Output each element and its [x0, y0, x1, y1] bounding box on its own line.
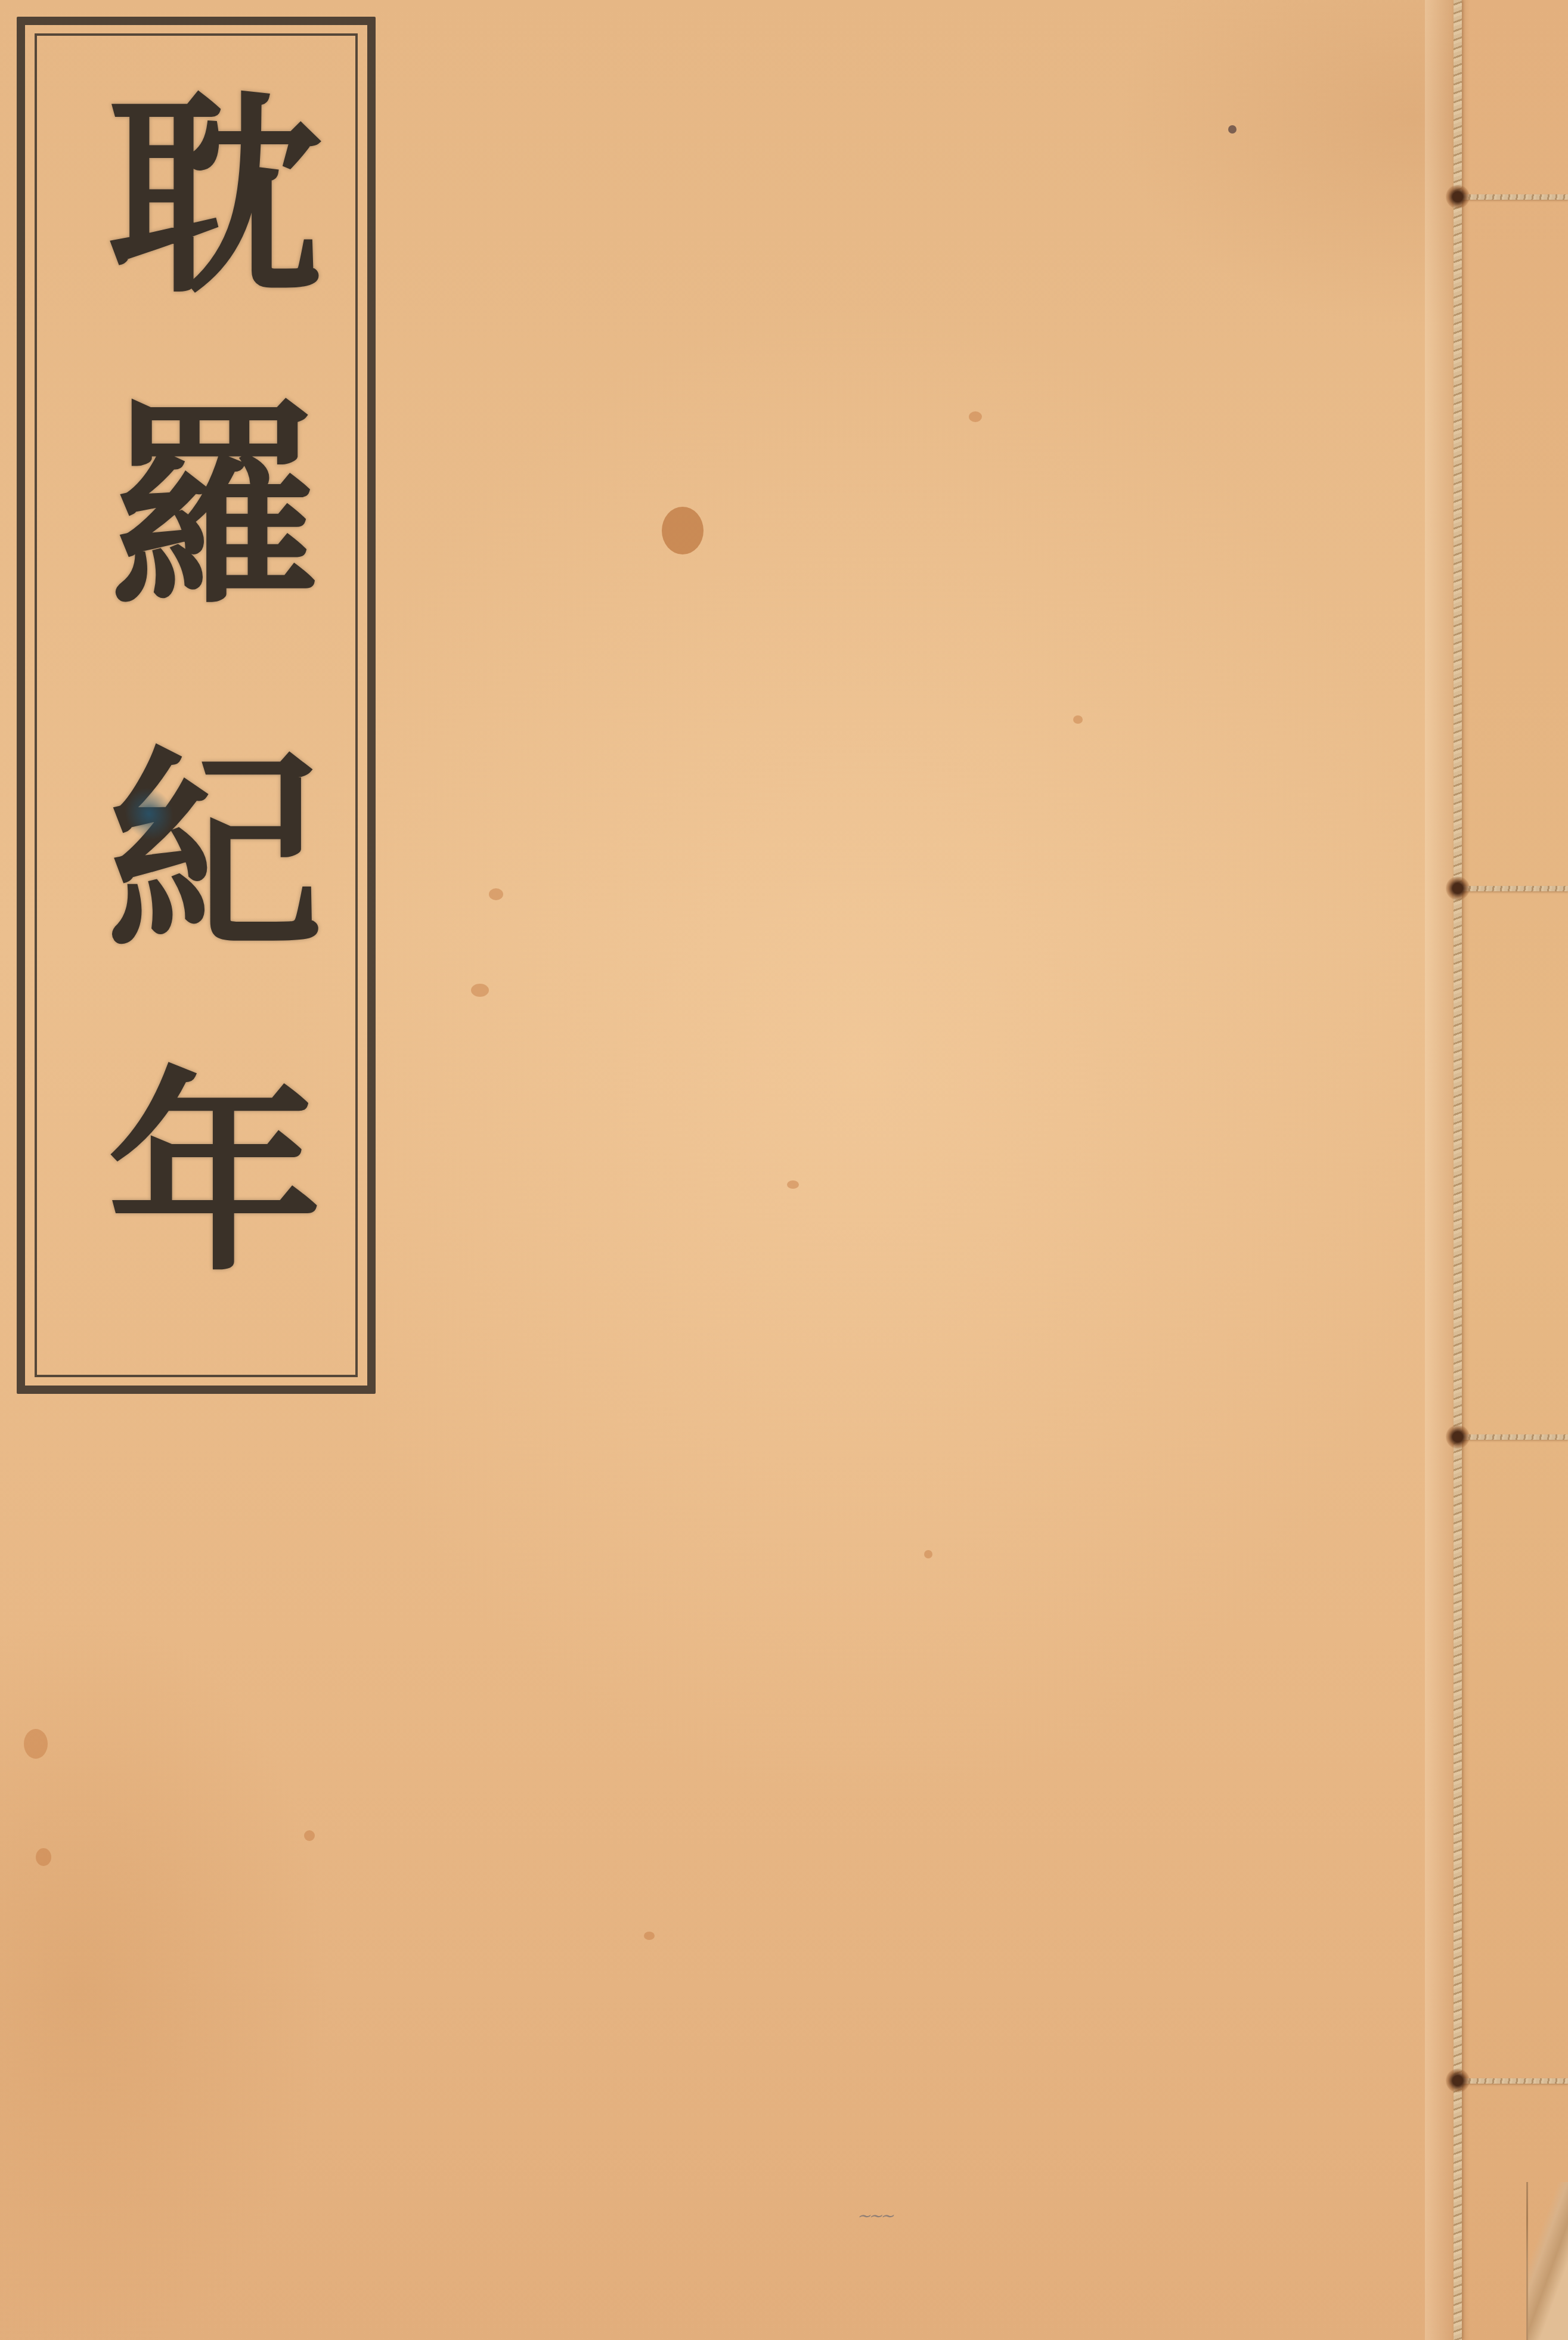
foxing-stain — [924, 1550, 932, 1558]
foxing-stain — [1228, 125, 1237, 134]
foxing-stain — [24, 1729, 48, 1759]
spine-fold — [1425, 0, 1458, 2340]
title-char-4: 年 — [89, 1049, 340, 1300]
title-char-1: 耽 — [89, 72, 340, 322]
pencil-mark: ~~~ — [856, 2206, 969, 2224]
foxing-stain — [644, 1932, 655, 1940]
binding-knot — [1446, 185, 1470, 209]
foxing-stain — [1073, 715, 1083, 724]
foxing-stain — [662, 507, 704, 554]
binding-thread-horizontal — [1458, 1434, 1568, 1440]
foxing-stain — [304, 1830, 315, 1841]
title-char-2: 羅 — [89, 382, 340, 632]
foxing-stain — [787, 1180, 799, 1189]
binding-knot — [1446, 2069, 1470, 2093]
binding-knot — [1446, 876, 1470, 900]
title-char-3: 紀 — [89, 727, 340, 978]
foxing-stain — [471, 984, 489, 997]
binding-thread-horizontal — [1458, 886, 1568, 891]
foxing-stain — [969, 411, 982, 422]
foxing-stain — [36, 1848, 51, 1866]
book-cover: 耽 羅 紀 年 ~~~ — [0, 0, 1568, 2340]
spine-strip — [1458, 0, 1568, 2340]
foxing-stain — [489, 888, 503, 900]
binding-thread-horizontal — [1458, 194, 1568, 200]
worn-page-corner — [1526, 2182, 1568, 2340]
binding-thread-horizontal — [1458, 2078, 1568, 2084]
binding-thread-vertical — [1454, 0, 1462, 2340]
binding-knot — [1446, 1425, 1470, 1449]
